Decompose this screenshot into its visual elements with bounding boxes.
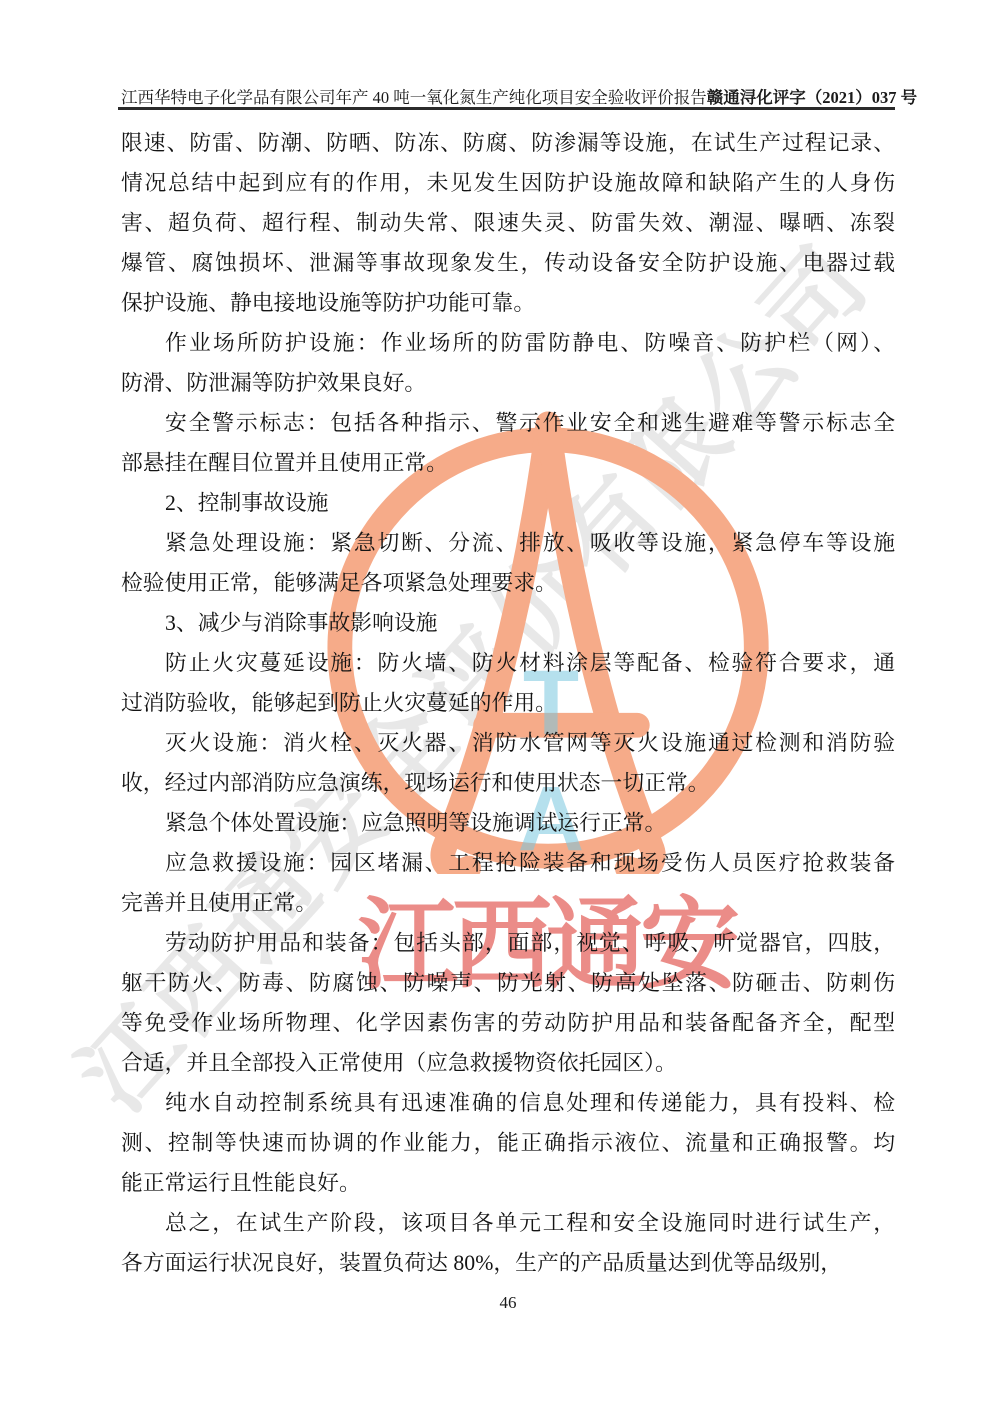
page-header: 江西华特电子化学品有限公司年产 40 吨一氧化氮生产纯化项目安全验收评价报告 赣… xyxy=(121,84,893,108)
text-line: 爆管、腐蚀损坏、泄漏等事故现象发生，传动设备安全防护设施、电器过载 xyxy=(121,243,895,283)
text-line: 安全警示标志：包括各种指示、警示作业安全和逃生避难等警示标志全 xyxy=(121,403,895,443)
paragraph: 总之，在试生产阶段，该项目各单元工程和安全设施同时进行试生产，各方面运行状况良好… xyxy=(121,1203,895,1283)
paragraph: 紧急个体处置设施：应急照明等设施调试运行正常。 xyxy=(121,803,895,843)
paragraph: 2、控制事故设施 xyxy=(121,483,895,523)
text-line: 保护设施、静电接地设施等防护功能可靠。 xyxy=(121,283,895,323)
text-line: 3、减少与消除事故影响设施 xyxy=(121,603,895,643)
paragraph: 作业场所防护设施：作业场所的防雷防静电、防噪音、防护栏（网）、防滑、防泄漏等防护… xyxy=(121,323,895,403)
paragraph: 安全警示标志：包括各种指示、警示作业安全和逃生避难等警示标志全部悬挂在醒目位置并… xyxy=(121,403,895,483)
paragraph: 纯水自动控制系统具有迅速准确的信息处理和传递能力，具有投料、检测、控制等快速而协… xyxy=(121,1083,895,1203)
text-line: 等免受作业场所物理、化学因素伤害的劳动防护用品和装备配备齐全，配型 xyxy=(121,1003,895,1043)
report-title-header: 江西华特电子化学品有限公司年产 40 吨一氧化氮生产纯化项目安全验收评价报告 xyxy=(121,84,707,108)
document-body: 限速、防雷、防潮、防晒、防冻、防腐、防渗漏等设施，在试生产过程记录、情况总结中起… xyxy=(121,123,895,1283)
text-line: 紧急个体处置设施：应急照明等设施调试运行正常。 xyxy=(121,803,895,843)
text-line: 情况总结中起到应有的作用，未见发生因防护设施故障和缺陷产生的人身伤 xyxy=(121,163,895,203)
text-line: 测、控制等快速而协调的作业能力，能正确指示液位、流量和正确报警。均 xyxy=(121,1123,895,1163)
text-line: 完善并且使用正常。 xyxy=(121,883,895,923)
text-line: 过消防验收，能够起到防止火灾蔓延的作用。 xyxy=(121,683,895,723)
text-line: 防滑、防泄漏等防护效果良好。 xyxy=(121,363,895,403)
text-line: 躯干防火、防毒、防腐蚀、防噪声、防光射、防高处坠落、防砸击、防刺伤 xyxy=(121,963,895,1003)
paragraph: 紧急处理设施：紧急切断、分流、排放、吸收等设施，紧急停车等设施检验使用正常，能够… xyxy=(121,523,895,603)
text-line: 应急救援设施：园区堵漏、工程抢险装备和现场受伤人员医疗抢救装备 xyxy=(121,843,895,883)
paragraph: 防止火灾蔓延设施：防火墙、防火材料涂层等配备、检验符合要求，通过消防验收，能够起… xyxy=(121,643,895,723)
text-line: 害、超负荷、超行程、制动失常、限速失灵、防雷失效、潮湿、曝晒、冻裂 xyxy=(121,203,895,243)
text-line: 防止火灾蔓延设施：防火墙、防火材料涂层等配备、检验符合要求，通 xyxy=(121,643,895,683)
text-line: 2、控制事故设施 xyxy=(121,483,895,523)
report-page: 江西通安全评价有限公司 TA 江西通安 江西华特电子化学品有限公司年产 40 吨… xyxy=(0,0,992,1403)
text-line: 合适，并且全部投入正常使用（应急救援物资依托园区）。 xyxy=(121,1043,895,1083)
text-line: 部悬挂在醒目位置并且使用正常。 xyxy=(121,443,895,483)
text-line: 灭火设施：消火栓、灭火器、消防水管网等灭火设施通过检测和消防验 xyxy=(121,723,895,763)
text-line: 紧急处理设施：紧急切断、分流、排放、吸收等设施，紧急停车等设施 xyxy=(121,523,895,563)
paragraph: 灭火设施：消火栓、灭火器、消防水管网等灭火设施通过检测和消防验收，经过内部消防应… xyxy=(121,723,895,803)
header-divider xyxy=(118,107,895,110)
text-line: 各方面运行状况良好，装置负荷达 80%，生产的产品质量达到优等品级别， xyxy=(121,1243,895,1283)
text-line: 收，经过内部消防应急演练，现场运行和使用状态一切正常。 xyxy=(121,763,895,803)
text-line: 作业场所防护设施：作业场所的防雷防静电、防噪音、防护栏（网）、 xyxy=(121,323,895,363)
text-line: 能正常运行且性能良好。 xyxy=(121,1163,895,1203)
document-number: 赣通浔化评字（2021）037 号 xyxy=(707,84,917,108)
text-line: 检验使用正常，能够满足各项紧急处理要求。 xyxy=(121,563,895,603)
text-line: 限速、防雷、防潮、防晒、防冻、防腐、防渗漏等设施，在试生产过程记录、 xyxy=(121,123,895,163)
page-number: 46 xyxy=(121,1293,895,1313)
text-line: 总之，在试生产阶段，该项目各单元工程和安全设施同时进行试生产， xyxy=(121,1203,895,1243)
paragraph: 3、减少与消除事故影响设施 xyxy=(121,603,895,643)
text-line: 纯水自动控制系统具有迅速准确的信息处理和传递能力，具有投料、检 xyxy=(121,1083,895,1123)
text-line: 劳动防护用品和装备：包括头部，面部，视觉、呼吸、听觉器官，四肢， xyxy=(121,923,895,963)
paragraph: 应急救援设施：园区堵漏、工程抢险装备和现场受伤人员医疗抢救装备完善并且使用正常。 xyxy=(121,843,895,923)
paragraph: 劳动防护用品和装备：包括头部，面部，视觉、呼吸、听觉器官，四肢，躯干防火、防毒、… xyxy=(121,923,895,1083)
paragraph: 限速、防雷、防潮、防晒、防冻、防腐、防渗漏等设施，在试生产过程记录、情况总结中起… xyxy=(121,123,895,323)
